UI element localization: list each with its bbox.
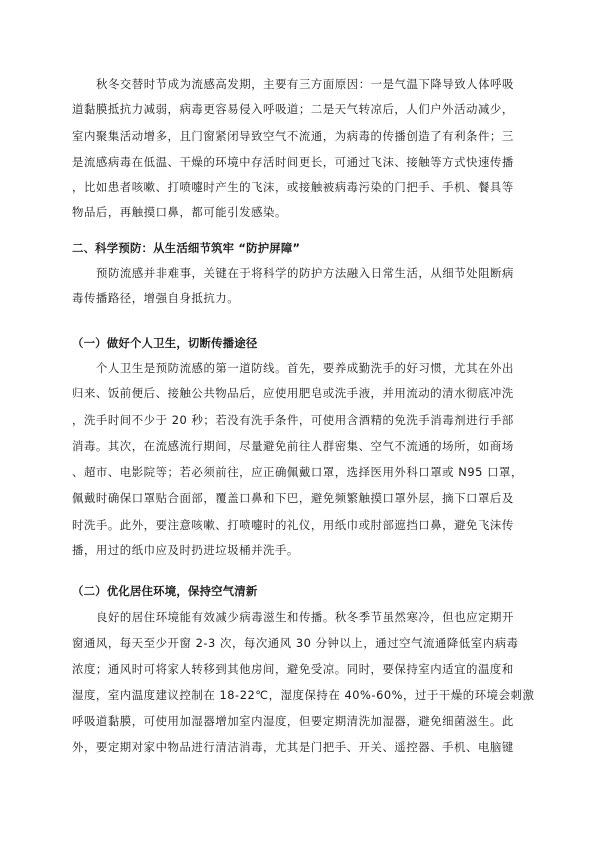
text-line: 秋冬交替时节成为流感高发期，主要有三方面原因：一是气温下降导致人体呼吸 [96, 74, 517, 94]
text-line: 预防流感并非难事，关键在于将科学的防护方法融入日常生活，从细节处阻断病 [96, 263, 517, 283]
subsection-heading-environment: （二）优化居住环境，保持空气清新 [72, 581, 517, 601]
text-line: 室内聚集活动增多，且门窗紧闭导致空气不流通，为病毒的传播创造了有利条件；三 [72, 126, 517, 146]
text-line: 毒传播路径，增强自身抵抗力。 [72, 288, 517, 308]
text-line: 道黏膜抵抗力减弱，病毒更容易侵入呼吸道；二是天气转凉后，人们户外活动减少， [72, 99, 517, 119]
text-line: 消毒。其次，在流感流行期间，尽量避免前往人群密集、空气不流通的场所，如商场 [72, 436, 517, 456]
text-line: 、超市、电影院等；若必须前往，应正确佩戴口罩，选择医用外科口罩或 N95 口罩， [72, 462, 517, 482]
text-line: ，洗手时间不少于 20 秒；若没有洗手条件，可使用含酒精的免洗手消毒剂进行手部 [72, 410, 517, 430]
document-page: 秋冬交替时节成为流感高发期，主要有三方面原因：一是气温下降导致人体呼吸 道黏膜抵… [0, 0, 595, 841]
text-line: 良好的居住环境能有效减少病毒滋生和传播。秋冬季节虽然寒冷，但也应定期开 [96, 607, 517, 627]
text-line: ，比如患者咳嗽、打喷嚏时产生的飞沫，或接触被病毒污染的门把手、手机、餐具等 [72, 177, 517, 197]
subsection-heading-hygiene: （一）做好个人卫生，切断传播途径 [72, 333, 517, 353]
text-line: 佩戴时确保口罩贴合面部，覆盖口鼻和下巴，避免频繁触摸口罩外层，摘下口罩后及 [72, 488, 517, 508]
text-line: 是流感病毒在低温、干燥的环境中存活时间更长，可通过飞沫、接触等方式快速传播 [72, 152, 517, 172]
text-line: 呼吸道黏膜，可使用加湿器增加室内湿度，但要定期清洗加湿器，避免细菌滋生。此 [72, 711, 517, 731]
text-line: 外，要定期对家中物品进行清洁消毒，尤其是门把手、开关、遥控器、手机、电脑键 [72, 737, 517, 757]
text-line: 窗通风，每天至少开窗 2-3 次，每次通风 30 分钟以上，通过空气流通降低室内… [72, 633, 517, 653]
text-line: 时洗手。此外，要注意咳嗽、打喷嚏时的礼仪，用纸巾或肘部遮挡口鼻，避免飞沫传 [72, 515, 517, 535]
text-line: 物品后，再触摸口鼻，都可能引发感染。 [72, 202, 517, 222]
text-line: 播，用过的纸巾应及时扔进垃圾桶并洗手。 [72, 540, 517, 560]
text-line: 个人卫生是预防流感的第一道防线。首先，要养成勤洗手的好习惯，尤其在外出 [96, 358, 517, 378]
text-line: 湿度，室内温度建议控制在 18-22℃，湿度保持在 40%-60%，过于干燥的环… [72, 685, 517, 705]
text-line: 浓度；通风时可将家人转移到其他房间，避免受凉。同时，要保持室内适宜的温度和 [72, 659, 517, 679]
text-line: 归来、饭前便后、接触公共物品后，应使用肥皂或洗手液，并用流动的清水彻底冲洗 [72, 383, 517, 403]
section-heading: 二、科学预防：从生活细节筑牢 “防护屏障” [72, 238, 517, 258]
